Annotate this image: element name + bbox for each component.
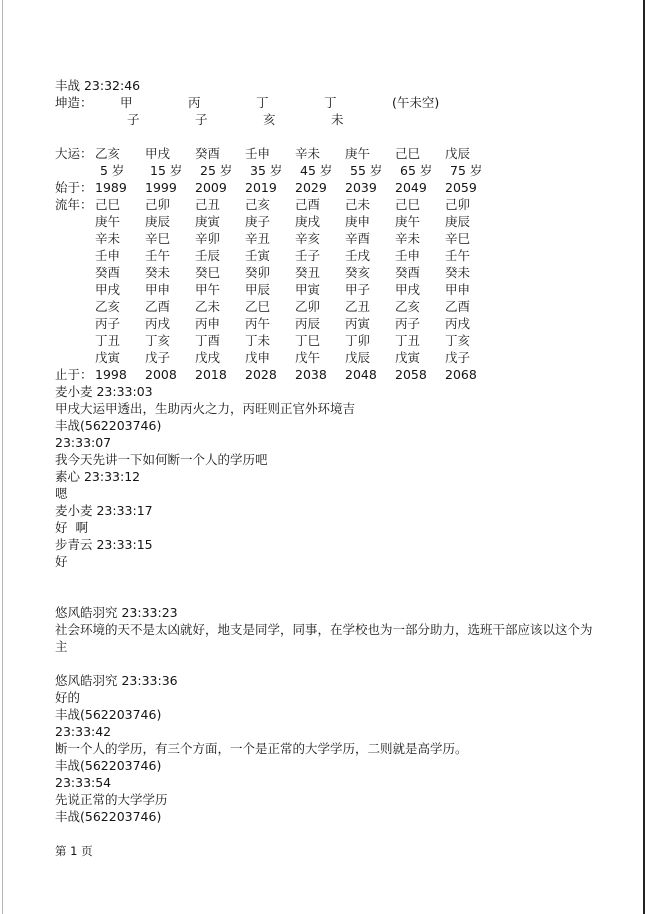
dayun-label: 大运： <box>55 145 95 162</box>
end-year-cell: 2068 <box>445 366 495 383</box>
chart-sender-line: 丰战 23:32:46 <box>55 77 597 94</box>
void-note: (午未空) <box>392 94 439 111</box>
chat-message: 丰战(562203746) 23:33:07 我今天先讲一下如何断一个人的学历吧 <box>55 417 597 468</box>
liunian-pillar-cell: 壬戌 <box>345 247 395 264</box>
blank-line <box>55 587 597 604</box>
end-year-cells: 19982008201820282038204820582068 <box>95 366 495 383</box>
liunian-pillar-cell: 庚午 <box>395 213 445 230</box>
liunian-pillar-cell: 己卯 <box>145 196 195 213</box>
start-year-cell: 2029 <box>295 179 345 196</box>
liunian-pillar-cell: 乙卯 <box>295 298 345 315</box>
liunian-pillar-cell: 戊子 <box>145 349 195 366</box>
kunzao-branches-row: 子子亥未 <box>55 111 597 128</box>
liunian-pillar-cell: 丙戌 <box>145 315 195 332</box>
chat-message: 悠风皓羽究 23:33:23 社会环境的天不是太凶就好，地支是同学，同事，在学校… <box>55 604 597 655</box>
liunian-pillar-cell: 癸亥 <box>345 264 395 281</box>
liunian-pillar-cell: 辛卯 <box>195 230 245 247</box>
liunian-row: 丙子丙戌丙申丙午丙辰丙寅丙子丙戌 <box>55 315 597 332</box>
end-year-cell: 1998 <box>95 366 145 383</box>
document-content: 丰战 23:32:46 坤造： 甲丙丁丁 (午未空) 子子亥未 大运： 乙亥甲戌… <box>55 77 597 860</box>
kunzao-label-spacer <box>55 111 120 128</box>
branch-cell: 子 <box>120 111 188 128</box>
start-years-row: 始于： 19891999200920192029203920492059 <box>55 179 597 196</box>
message-sender-line: 麦小麦 23:33:17 <box>55 502 597 519</box>
blank-line <box>55 655 597 672</box>
liunian-pillar-cell: 癸酉 <box>95 264 145 281</box>
liunian-row: 癸酉癸未癸巳癸卯癸丑癸亥癸酉癸未 <box>55 264 597 281</box>
page-left-edge-line <box>2 0 3 914</box>
stem-cell: 丁 <box>256 94 324 111</box>
liunian-pillar-cell: 辛丑 <box>245 230 295 247</box>
blank-line <box>55 128 597 145</box>
liunian-pillar-cell: 甲戌 <box>95 281 145 298</box>
liunian-cells: 乙亥乙酉乙未乙巳乙卯乙丑乙亥乙酉 <box>95 298 495 315</box>
liunian-pillar-cell: 癸酉 <box>395 264 445 281</box>
liunian-row: 流年： 己巳己卯己丑己亥己酉己未己巳己卯 <box>55 196 597 213</box>
liunian-pillar-cell: 丁亥 <box>445 332 495 349</box>
end-years-label: 止于： <box>55 366 95 383</box>
start-year-cell: 1999 <box>145 179 195 196</box>
chat-messages: 麦小麦 23:33:03 甲戌大运甲透出，生助丙火之力，丙旺则正官外环境吉 丰战… <box>55 383 597 825</box>
end-year-cell: 2028 <box>245 366 295 383</box>
liunian-row: 戊寅戊子戊戌戊申戊午戊辰戊寅戊子 <box>55 349 597 366</box>
age-cells: 5 岁15 岁25 岁35 岁45 岁55 岁65 岁75 岁 <box>95 162 495 179</box>
message-text: 好 <box>55 553 597 570</box>
kunzao-stems-row: 坤造： 甲丙丁丁 (午未空) <box>55 94 597 111</box>
liunian-cells: 辛未辛巳辛卯辛丑辛亥辛酉辛未辛巳 <box>95 230 495 247</box>
dayun-pillar-cell: 辛未 <box>295 145 345 162</box>
start-years-label: 始于： <box>55 179 95 196</box>
liunian-pillar-cell: 庚寅 <box>195 213 245 230</box>
end-year-cell: 2038 <box>295 366 345 383</box>
stem-cells: 甲丙丁丁 <box>120 94 392 111</box>
message-sender-line: 悠风皓羽究 23:33:23 <box>55 604 597 621</box>
dayun-pillar-cell: 己巳 <box>395 145 445 162</box>
liunian-cells: 庚午庚辰庚寅庚子庚戌庚申庚午庚辰 <box>95 213 495 230</box>
liunian-pillar-cell: 己亥 <box>245 196 295 213</box>
age-cell: 45 岁 <box>295 162 345 179</box>
page-number: 第 1 页 <box>55 843 597 860</box>
message-time-line: 23:33:54 <box>55 774 597 791</box>
liunian-pillar-cell: 壬辰 <box>195 247 245 264</box>
liunian-pillar-cell: 辛酉 <box>345 230 395 247</box>
liunian-pillar-cell: 乙酉 <box>145 298 195 315</box>
dayun-pillar-cell: 庚午 <box>345 145 395 162</box>
liunian-pillar-cell: 甲辰 <box>245 281 295 298</box>
start-year-cell: 2049 <box>395 179 445 196</box>
liunian-pillar-cell: 壬申 <box>95 247 145 264</box>
liunian-pillar-cell: 庚辰 <box>145 213 195 230</box>
age-cell: 5 岁 <box>95 162 145 179</box>
liunian-pillar-cell: 甲午 <box>195 281 245 298</box>
liunian-pillar-cell: 丙寅 <box>345 315 395 332</box>
message-sender-line: 丰战(562203746) <box>55 808 597 825</box>
liunian-pillar-cell: 甲戌 <box>395 281 445 298</box>
liunian-pillar-cell: 戊寅 <box>95 349 145 366</box>
liunian-pillar-cell: 甲寅 <box>295 281 345 298</box>
start-year-cell: 1989 <box>95 179 145 196</box>
liunian-label <box>55 213 95 230</box>
liunian-pillar-cell: 辛未 <box>395 230 445 247</box>
liunian-pillar-cell: 己巳 <box>95 196 145 213</box>
liunian-pillar-cell: 丙戌 <box>445 315 495 332</box>
branch-cell: 未 <box>324 111 392 128</box>
dayun-row: 大运： 乙亥甲戌癸酉壬申辛未庚午己巳戊辰 <box>55 145 597 162</box>
liunian-cells: 丙子丙戌丙申丙午丙辰丙寅丙子丙戌 <box>95 315 495 332</box>
message-time-line: 23:33:07 <box>55 434 597 451</box>
liunian-cells: 丁丑丁亥丁酉丁未丁巳丁卯丁丑丁亥 <box>95 332 495 349</box>
liunian-label <box>55 349 95 366</box>
blank-line <box>55 570 597 587</box>
liunian-pillar-cell: 戊午 <box>295 349 345 366</box>
liunian-pillar-cell: 丁丑 <box>395 332 445 349</box>
age-cell: 65 岁 <box>395 162 445 179</box>
liunian-pillar-cell: 丙辰 <box>295 315 345 332</box>
kunzao-label: 坤造： <box>55 94 120 111</box>
message-text: 好的 <box>55 689 597 706</box>
liunian-pillar-cell: 辛亥 <box>295 230 345 247</box>
message-text: 好 啊 <box>55 519 597 536</box>
liunian-pillar-cell: 己丑 <box>195 196 245 213</box>
liunian-pillar-cell: 庚戌 <box>295 213 345 230</box>
liunian-pillar-cell: 己酉 <box>295 196 345 213</box>
chat-message: 悠风皓羽究 23:33:36 好的 <box>55 672 597 706</box>
start-year-cell: 2059 <box>445 179 495 196</box>
liunian-pillar-cell: 己未 <box>345 196 395 213</box>
liunian-pillar-cell: 甲申 <box>445 281 495 298</box>
dayun-pillar-cell: 戊辰 <box>445 145 495 162</box>
end-years-row: 止于： 19982008201820282038204820582068 <box>55 366 597 383</box>
liunian-pillar-cell: 辛未 <box>95 230 145 247</box>
liunian-pillar-cell: 癸巳 <box>195 264 245 281</box>
liunian-pillar-cell: 壬子 <box>295 247 345 264</box>
liunian-cells: 己巳己卯己丑己亥己酉己未己巳己卯 <box>95 196 495 213</box>
chat-message: 素心 23:33:12 嗯 <box>55 468 597 502</box>
liunian-pillar-cell: 癸未 <box>145 264 195 281</box>
message-text: 断一个人的学历，有三个方面，一个是正常的大学学历，二则就是高学历。 <box>55 740 597 757</box>
message-text: 嗯 <box>55 485 597 502</box>
branch-cell: 子 <box>188 111 256 128</box>
liunian-section: 流年： 己巳己卯己丑己亥己酉己未己巳己卯 庚午庚辰庚寅庚子庚戌庚申庚午庚辰 辛未… <box>55 196 597 366</box>
stem-cell: 丁 <box>324 94 392 111</box>
start-year-cell: 2019 <box>245 179 295 196</box>
liunian-pillar-cell: 壬午 <box>145 247 195 264</box>
chat-message: 丰战(562203746) 23:33:42 断一个人的学历，有三个方面，一个是… <box>55 706 597 757</box>
liunian-pillar-cell: 庚午 <box>95 213 145 230</box>
liunian-pillar-cell: 乙酉 <box>445 298 495 315</box>
end-year-cell: 2018 <box>195 366 245 383</box>
dayun-pillar-cell: 癸酉 <box>195 145 245 162</box>
chat-message: 步青云 23:33:15 好 <box>55 536 597 570</box>
liunian-pillar-cell: 甲子 <box>345 281 395 298</box>
liunian-row: 庚午庚辰庚寅庚子庚戌庚申庚午庚辰 <box>55 213 597 230</box>
liunian-pillar-cell: 乙亥 <box>395 298 445 315</box>
liunian-row: 乙亥乙酉乙未乙巳乙卯乙丑乙亥乙酉 <box>55 298 597 315</box>
liunian-label <box>55 230 95 247</box>
branch-cell: 亥 <box>256 111 324 128</box>
liunian-row: 壬申壬午壬辰壬寅壬子壬戌壬申壬午 <box>55 247 597 264</box>
page-right-edge-line <box>643 0 645 914</box>
start-year-cell: 2039 <box>345 179 395 196</box>
liunian-pillar-cell: 丙午 <box>245 315 295 332</box>
liunian-pillar-cell: 乙巳 <box>245 298 295 315</box>
message-sender-line: 丰战(562203746) <box>55 757 597 774</box>
message-sender-line: 步青云 23:33:15 <box>55 536 597 553</box>
chat-message: 麦小麦 23:33:17 好 啊 <box>55 502 597 536</box>
start-year-cell: 2009 <box>195 179 245 196</box>
message-sender-line: 素心 23:33:12 <box>55 468 597 485</box>
liunian-label <box>55 247 95 264</box>
liunian-label <box>55 281 95 298</box>
age-cell: 15 岁 <box>145 162 195 179</box>
liunian-cells: 甲戌甲申甲午甲辰甲寅甲子甲戌甲申 <box>95 281 495 298</box>
stem-cell: 丙 <box>188 94 256 111</box>
liunian-pillar-cell: 甲申 <box>145 281 195 298</box>
liunian-row: 辛未辛巳辛卯辛丑辛亥辛酉辛未辛巳 <box>55 230 597 247</box>
branch-cells: 子子亥未 <box>120 111 392 128</box>
liunian-pillar-cell: 戊辰 <box>345 349 395 366</box>
stem-cell: 甲 <box>120 94 188 111</box>
liunian-pillar-cell: 癸卯 <box>245 264 295 281</box>
liunian-pillar-cell: 戊寅 <box>395 349 445 366</box>
end-year-cell: 2058 <box>395 366 445 383</box>
end-year-cell: 2008 <box>145 366 195 383</box>
liunian-label <box>55 264 95 281</box>
message-sender-line: 悠风皓羽究 23:33:36 <box>55 672 597 689</box>
liunian-pillar-cell: 乙丑 <box>345 298 395 315</box>
liunian-pillar-cell: 戊子 <box>445 349 495 366</box>
liunian-pillar-cell: 丁酉 <box>195 332 245 349</box>
liunian-pillar-cell: 乙未 <box>195 298 245 315</box>
liunian-pillar-cell: 壬寅 <box>245 247 295 264</box>
liunian-pillar-cell: 丁卯 <box>345 332 395 349</box>
message-text: 社会环境的天不是太凶就好，地支是同学，同事，在学校也为一部分助力，选班干部应该以… <box>55 621 597 655</box>
age-cell: 35 岁 <box>245 162 295 179</box>
liunian-row: 丁丑丁亥丁酉丁未丁巳丁卯丁丑丁亥 <box>55 332 597 349</box>
age-cell: 55 岁 <box>345 162 395 179</box>
dayun-pillar-cell: 乙亥 <box>95 145 145 162</box>
message-text: 甲戌大运甲透出，生助丙火之力，丙旺则正官外环境吉 <box>55 400 597 417</box>
liunian-pillar-cell: 乙亥 <box>95 298 145 315</box>
message-time-line: 23:33:42 <box>55 723 597 740</box>
liunian-pillar-cell: 丁未 <box>245 332 295 349</box>
message-sender-line: 麦小麦 23:33:03 <box>55 383 597 400</box>
liunian-pillar-cell: 辛巳 <box>445 230 495 247</box>
message-sender-line: 丰战(562203746) <box>55 706 597 723</box>
liunian-pillar-cell: 癸未 <box>445 264 495 281</box>
liunian-pillar-cell: 戊申 <box>245 349 295 366</box>
liunian-pillar-cell: 庚辰 <box>445 213 495 230</box>
liunian-pillar-cell: 戊戌 <box>195 349 245 366</box>
chat-message: 丰战(562203746) 23:33:54 先说正常的大学学历 <box>55 757 597 808</box>
dayun-cells: 乙亥甲戌癸酉壬申辛未庚午己巳戊辰 <box>95 145 495 162</box>
liunian-cells: 戊寅戊子戊戌戊申戊午戊辰戊寅戊子 <box>95 349 495 366</box>
liunian-label <box>55 332 95 349</box>
age-cell: 25 岁 <box>195 162 245 179</box>
liunian-pillar-cell: 己巳 <box>395 196 445 213</box>
end-year-cell: 2048 <box>345 366 395 383</box>
ages-label-spacer <box>55 162 95 179</box>
message-text: 我今天先讲一下如何断一个人的学历吧 <box>55 451 597 468</box>
ages-row: 5 岁15 岁25 岁35 岁45 岁55 岁65 岁75 岁 <box>55 162 597 179</box>
liunian-label: 流年： <box>55 196 95 213</box>
liunian-pillar-cell: 庚子 <box>245 213 295 230</box>
liunian-label <box>55 298 95 315</box>
liunian-pillar-cell: 丙子 <box>395 315 445 332</box>
liunian-pillar-cell: 己卯 <box>445 196 495 213</box>
chat-message: 丰战(562203746) <box>55 808 597 825</box>
liunian-pillar-cell: 丙申 <box>195 315 245 332</box>
liunian-pillar-cell: 丁丑 <box>95 332 145 349</box>
liunian-row: 甲戌甲申甲午甲辰甲寅甲子甲戌甲申 <box>55 281 597 298</box>
liunian-cells: 癸酉癸未癸巳癸卯癸丑癸亥癸酉癸未 <box>95 264 495 281</box>
chat-message: 麦小麦 23:33:03 甲戌大运甲透出，生助丙火之力，丙旺则正官外环境吉 <box>55 383 597 417</box>
liunian-pillar-cell: 丁巳 <box>295 332 345 349</box>
age-cell: 75 岁 <box>445 162 495 179</box>
liunian-pillar-cell: 壬午 <box>445 247 495 264</box>
message-text: 先说正常的大学学历 <box>55 791 597 808</box>
start-year-cells: 19891999200920192029203920492059 <box>95 179 495 196</box>
liunian-pillar-cell: 庚申 <box>345 213 395 230</box>
dayun-pillar-cell: 甲戌 <box>145 145 195 162</box>
liunian-cells: 壬申壬午壬辰壬寅壬子壬戌壬申壬午 <box>95 247 495 264</box>
liunian-label <box>55 315 95 332</box>
dayun-pillar-cell: 壬申 <box>245 145 295 162</box>
liunian-pillar-cell: 辛巳 <box>145 230 195 247</box>
liunian-pillar-cell: 癸丑 <box>295 264 345 281</box>
liunian-pillar-cell: 丙子 <box>95 315 145 332</box>
message-sender-line: 丰战(562203746) <box>55 417 597 434</box>
document-page: 丰战 23:32:46 坤造： 甲丙丁丁 (午未空) 子子亥未 大运： 乙亥甲戌… <box>0 0 649 914</box>
liunian-pillar-cell: 壬申 <box>395 247 445 264</box>
liunian-pillar-cell: 丁亥 <box>145 332 195 349</box>
